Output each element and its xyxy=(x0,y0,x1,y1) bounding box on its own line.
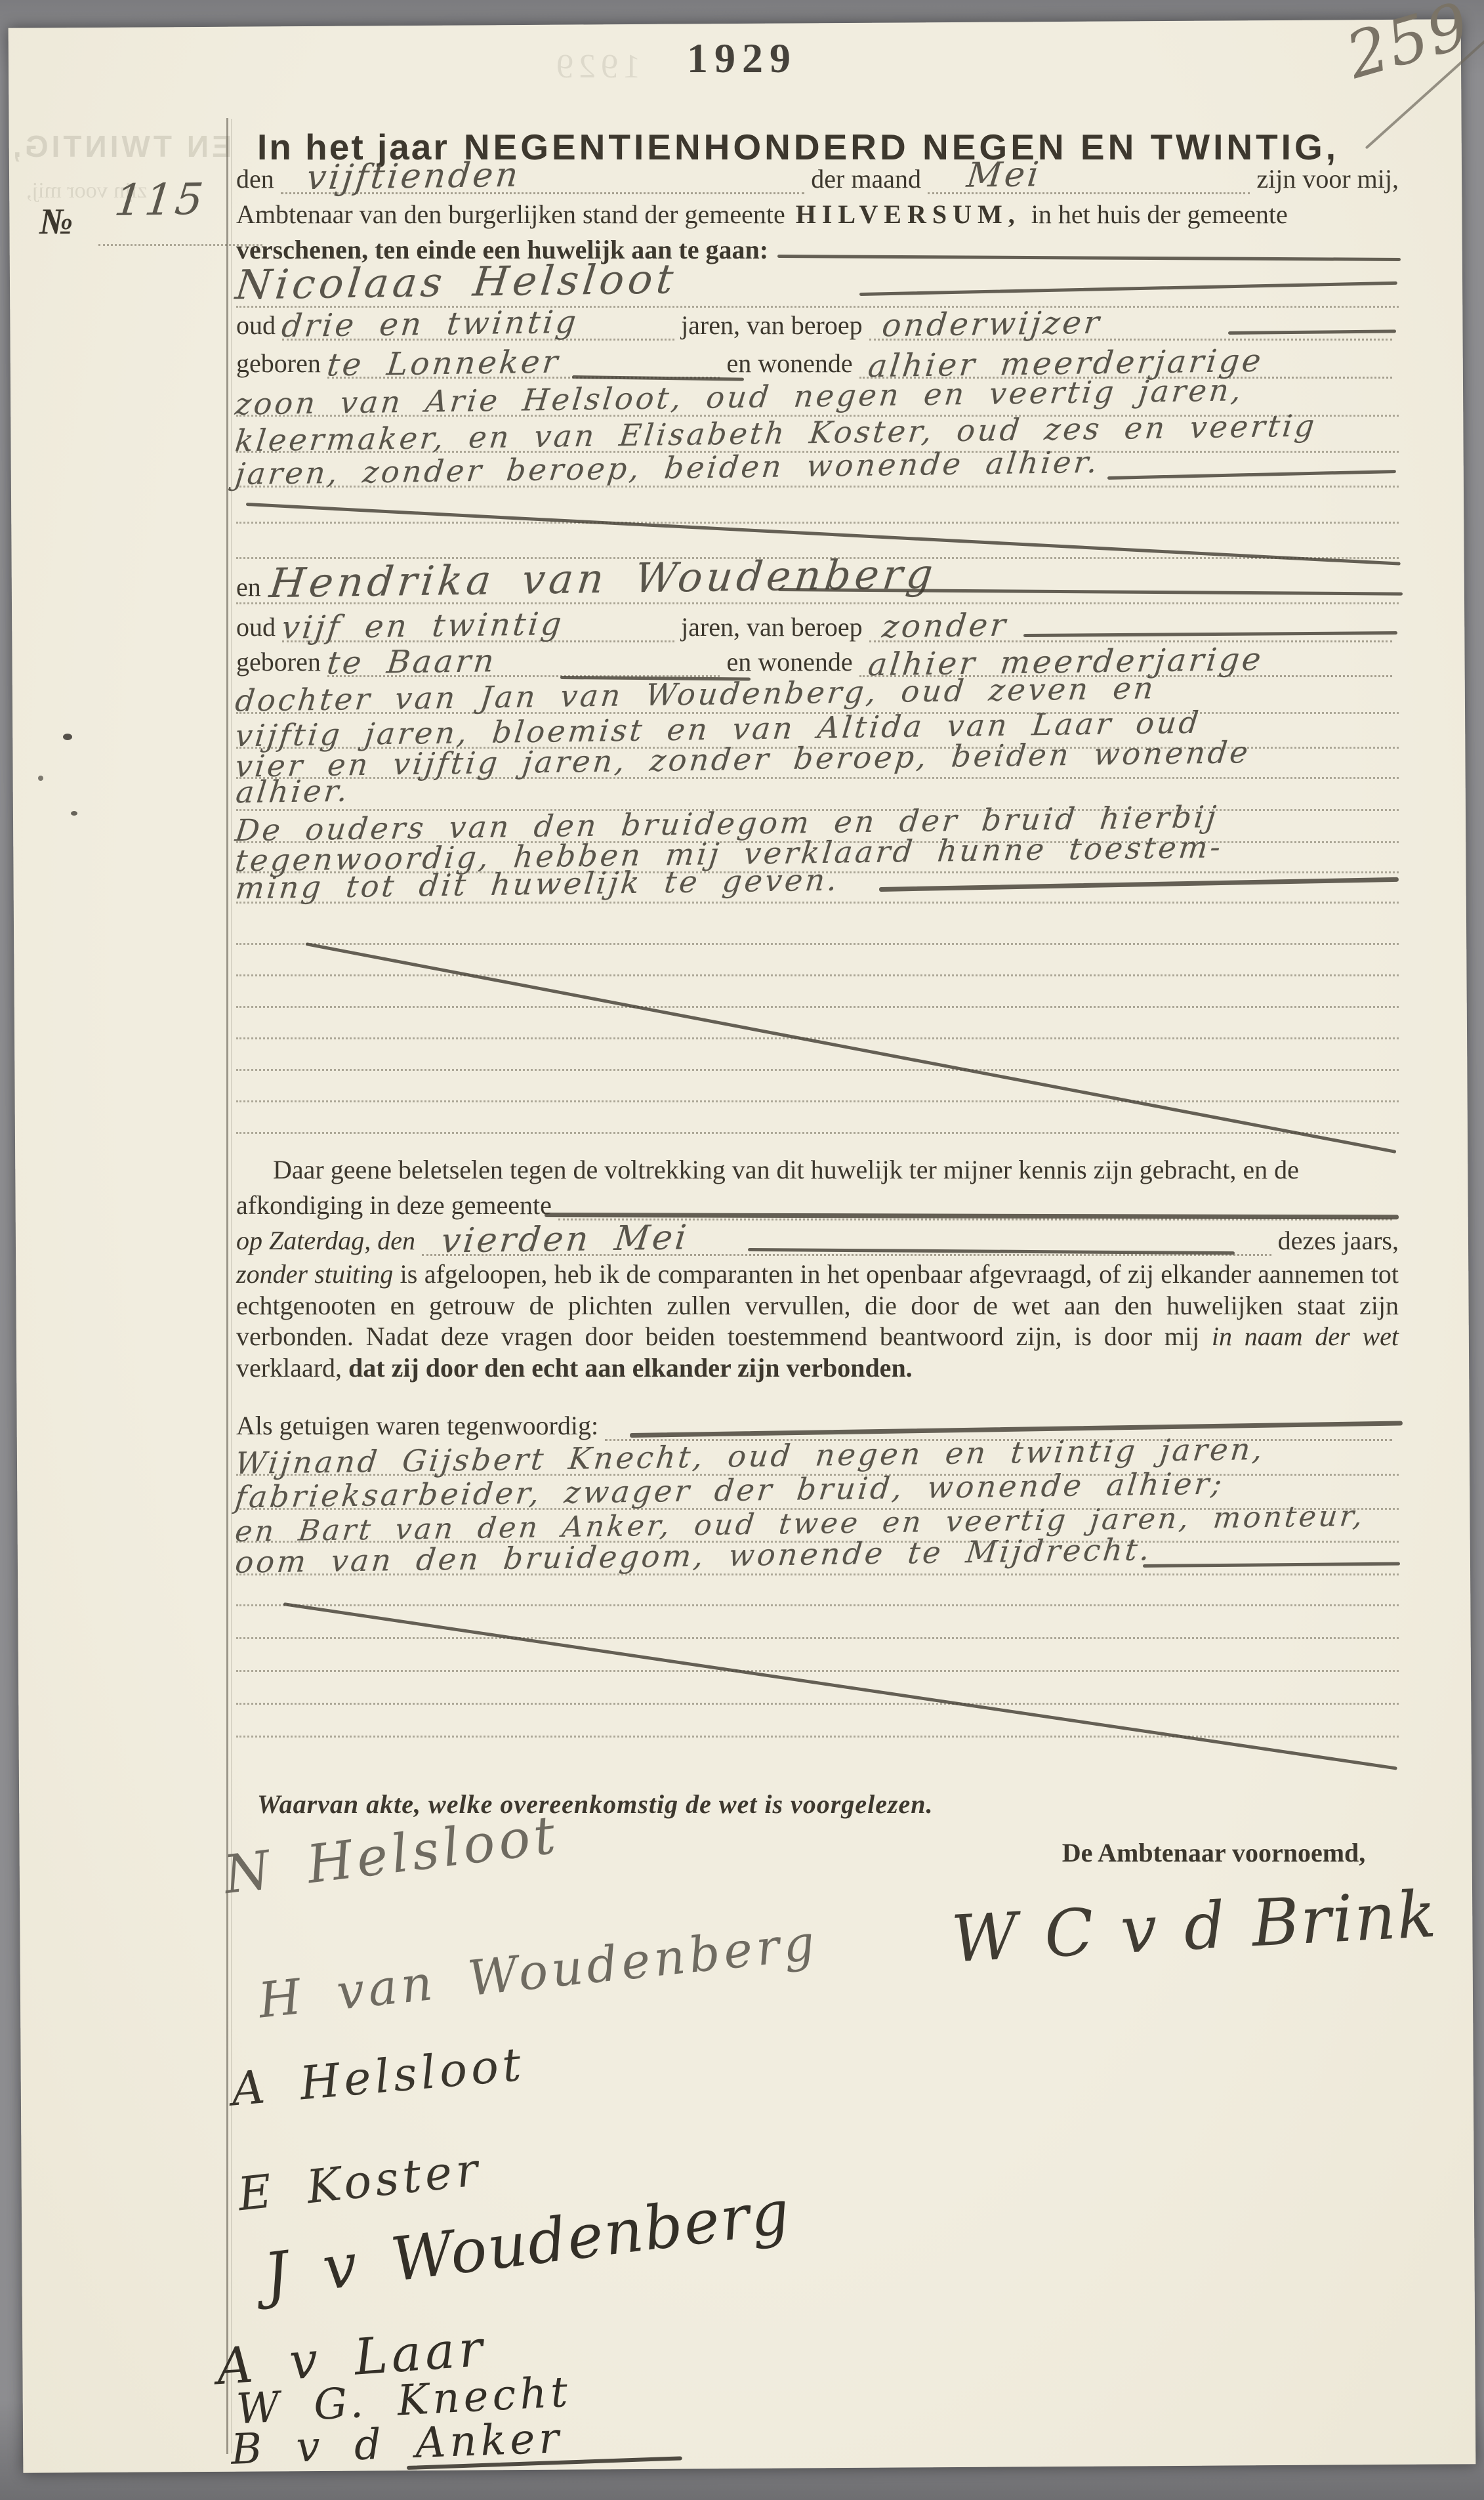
label-jaren-beroep: jaren, van beroep xyxy=(681,612,863,642)
official-line: Ambtenaar van den burgerlijken stand der… xyxy=(236,197,1399,230)
bride-parents-row: dochter van Jan van Woudenberg, oud zeve… xyxy=(236,678,1399,714)
margin-divider-rule xyxy=(226,118,228,2454)
declaration-bold: dat zij door den echt aan elkander zijn … xyxy=(348,1353,913,1383)
official-label: De Ambtenaar voornoemd, xyxy=(1023,1837,1404,1868)
bride-birthplace: te Baarn xyxy=(325,642,499,682)
date-line: den vijftienden der maand Mei zijn voor … xyxy=(236,154,1399,194)
blank-ruleline xyxy=(236,1006,1399,1039)
bride-birthplace-fill: te Baarn xyxy=(327,643,720,677)
declaration-paragraph: zonder stuiting is afgeloopen, heb ik de… xyxy=(236,1259,1399,1383)
label-jaren-beroep: jaren, van beroep xyxy=(681,310,863,341)
label-geboren: geboren xyxy=(236,348,321,379)
no-impediment-line: Daar geene beletselen tegen de voltrekki… xyxy=(236,1152,1399,1185)
banns-text: afkondiging in deze gemeente xyxy=(236,1190,552,1220)
ink-speck xyxy=(71,811,77,816)
groom-parents-row: jaren, zonder beroep, beiden wonende alh… xyxy=(236,451,1399,488)
groom-parents-row: kleermaker, en van Elisabeth Koster, oud… xyxy=(236,417,1399,453)
blank-ruleline xyxy=(236,1069,1399,1102)
bride-occupation: zonder xyxy=(880,607,1010,646)
groom-name: Nicolaas Helsloot xyxy=(233,255,679,308)
year-header: 1929 xyxy=(0,34,1484,83)
label-den: den xyxy=(236,163,274,194)
ambtenaar-pre: Ambtenaar van den burgerlijken stand der… xyxy=(236,199,785,230)
groom-occupation: onderwijzer xyxy=(880,304,1103,344)
day-fill: vijftienden xyxy=(281,154,805,194)
label-zijn-voor-mij: zijn voor mij, xyxy=(1256,163,1399,194)
blank-ruleline xyxy=(236,1573,1399,1606)
bride-parents-line4: alhier. xyxy=(234,773,352,810)
blank-ruleline xyxy=(236,974,1399,1008)
witnesses-label: Als getuigen waren tegenwoordig: xyxy=(236,1410,598,1441)
blank-ruleline xyxy=(236,1704,1399,1738)
label-en-wonende: en wonende xyxy=(726,646,852,677)
in-naam-der-wet-italic: in naam der wet xyxy=(1212,1322,1399,1351)
bride-age-row: oud vijf en twintig jaren, van beroep zo… xyxy=(236,608,1399,642)
month-fill: Mei xyxy=(928,154,1250,194)
closing-statement: Waarvan akte, welke overeenkomstig de we… xyxy=(257,1789,934,1820)
label-geboren: geboren xyxy=(236,646,321,677)
groom-occupation-fill: onderwijzer xyxy=(869,306,1392,341)
ambtenaar-post: in het huis der gemeente xyxy=(1031,199,1288,230)
zonder-stuiting-italic: zonder stuiting xyxy=(236,1259,393,1289)
zaterdag-label: op Zaterdag, den xyxy=(236,1225,415,1256)
label-oud: oud xyxy=(236,612,276,642)
blank-ruleline xyxy=(236,489,1399,524)
ink-speck xyxy=(38,776,43,781)
banns-date: vierden Mei xyxy=(439,1218,691,1260)
blank-ruleline xyxy=(236,911,1399,945)
day-value: vijftienden xyxy=(304,156,522,198)
witness-row: oom van den bruidegom, wonende te Mijdre… xyxy=(236,1541,1399,1575)
groom-age: drie en twintig xyxy=(280,304,581,344)
bride-born-row: geboren te Baarn en wonende alhier meerd… xyxy=(236,643,1399,677)
blank-ruleline xyxy=(236,943,1399,976)
scanned-marriage-record: { "header": { "year": "1929", "page_numb… xyxy=(0,0,1484,2500)
blank-ruleline xyxy=(236,1671,1399,1705)
label-der-maand: der maand xyxy=(811,163,921,194)
act-number-label: № xyxy=(39,201,73,243)
groom-birthplace: te Lonneker xyxy=(325,344,562,384)
groom-age-fill: drie en twintig xyxy=(282,306,674,341)
consent-row: ming tot dit huwelijk te geven. xyxy=(236,870,1399,904)
groom-age-row: oud drie en twintig jaren, van beroep on… xyxy=(236,306,1399,341)
label-oud: oud xyxy=(236,310,276,341)
bride-age: vijf en twintig xyxy=(280,606,566,646)
groom-residence-fill: alhier meerderjarige xyxy=(859,342,1392,379)
dezes-jaars-label: dezes jaars, xyxy=(1278,1225,1399,1256)
declaration-b: verklaard, xyxy=(236,1353,348,1383)
label-en-wonende: en wonende xyxy=(726,348,852,379)
no-impediment-text: Daar geene beletselen tegen de voltrekki… xyxy=(236,1154,1299,1185)
ink-speck xyxy=(63,734,72,740)
bride-name-row: en Hendrika van Woudenberg xyxy=(236,554,1399,604)
groom-name-row: Nicolaas Helsloot xyxy=(236,260,1399,308)
groom-parents-line3: jaren, zonder beroep, beiden wonende alh… xyxy=(234,444,1102,491)
consent-line3: ming tot dit huwelijk te geven. xyxy=(234,862,841,906)
blank-ruleline xyxy=(236,1638,1399,1672)
bride-name: Hendrika van Woudenberg xyxy=(267,550,939,607)
label-en: en xyxy=(236,572,261,602)
bride-age-fill: vijf en twintig xyxy=(282,608,674,642)
month-value: Mei xyxy=(965,155,1043,196)
bride-parents-row: vier en vijftig jaren, zonder beroep, be… xyxy=(236,744,1399,779)
groom-birthplace-fill: te Lonneker xyxy=(327,342,720,379)
bride-occupation-fill: zonder xyxy=(869,608,1392,642)
gemeente-name: HILVERSUM, xyxy=(796,199,1021,230)
